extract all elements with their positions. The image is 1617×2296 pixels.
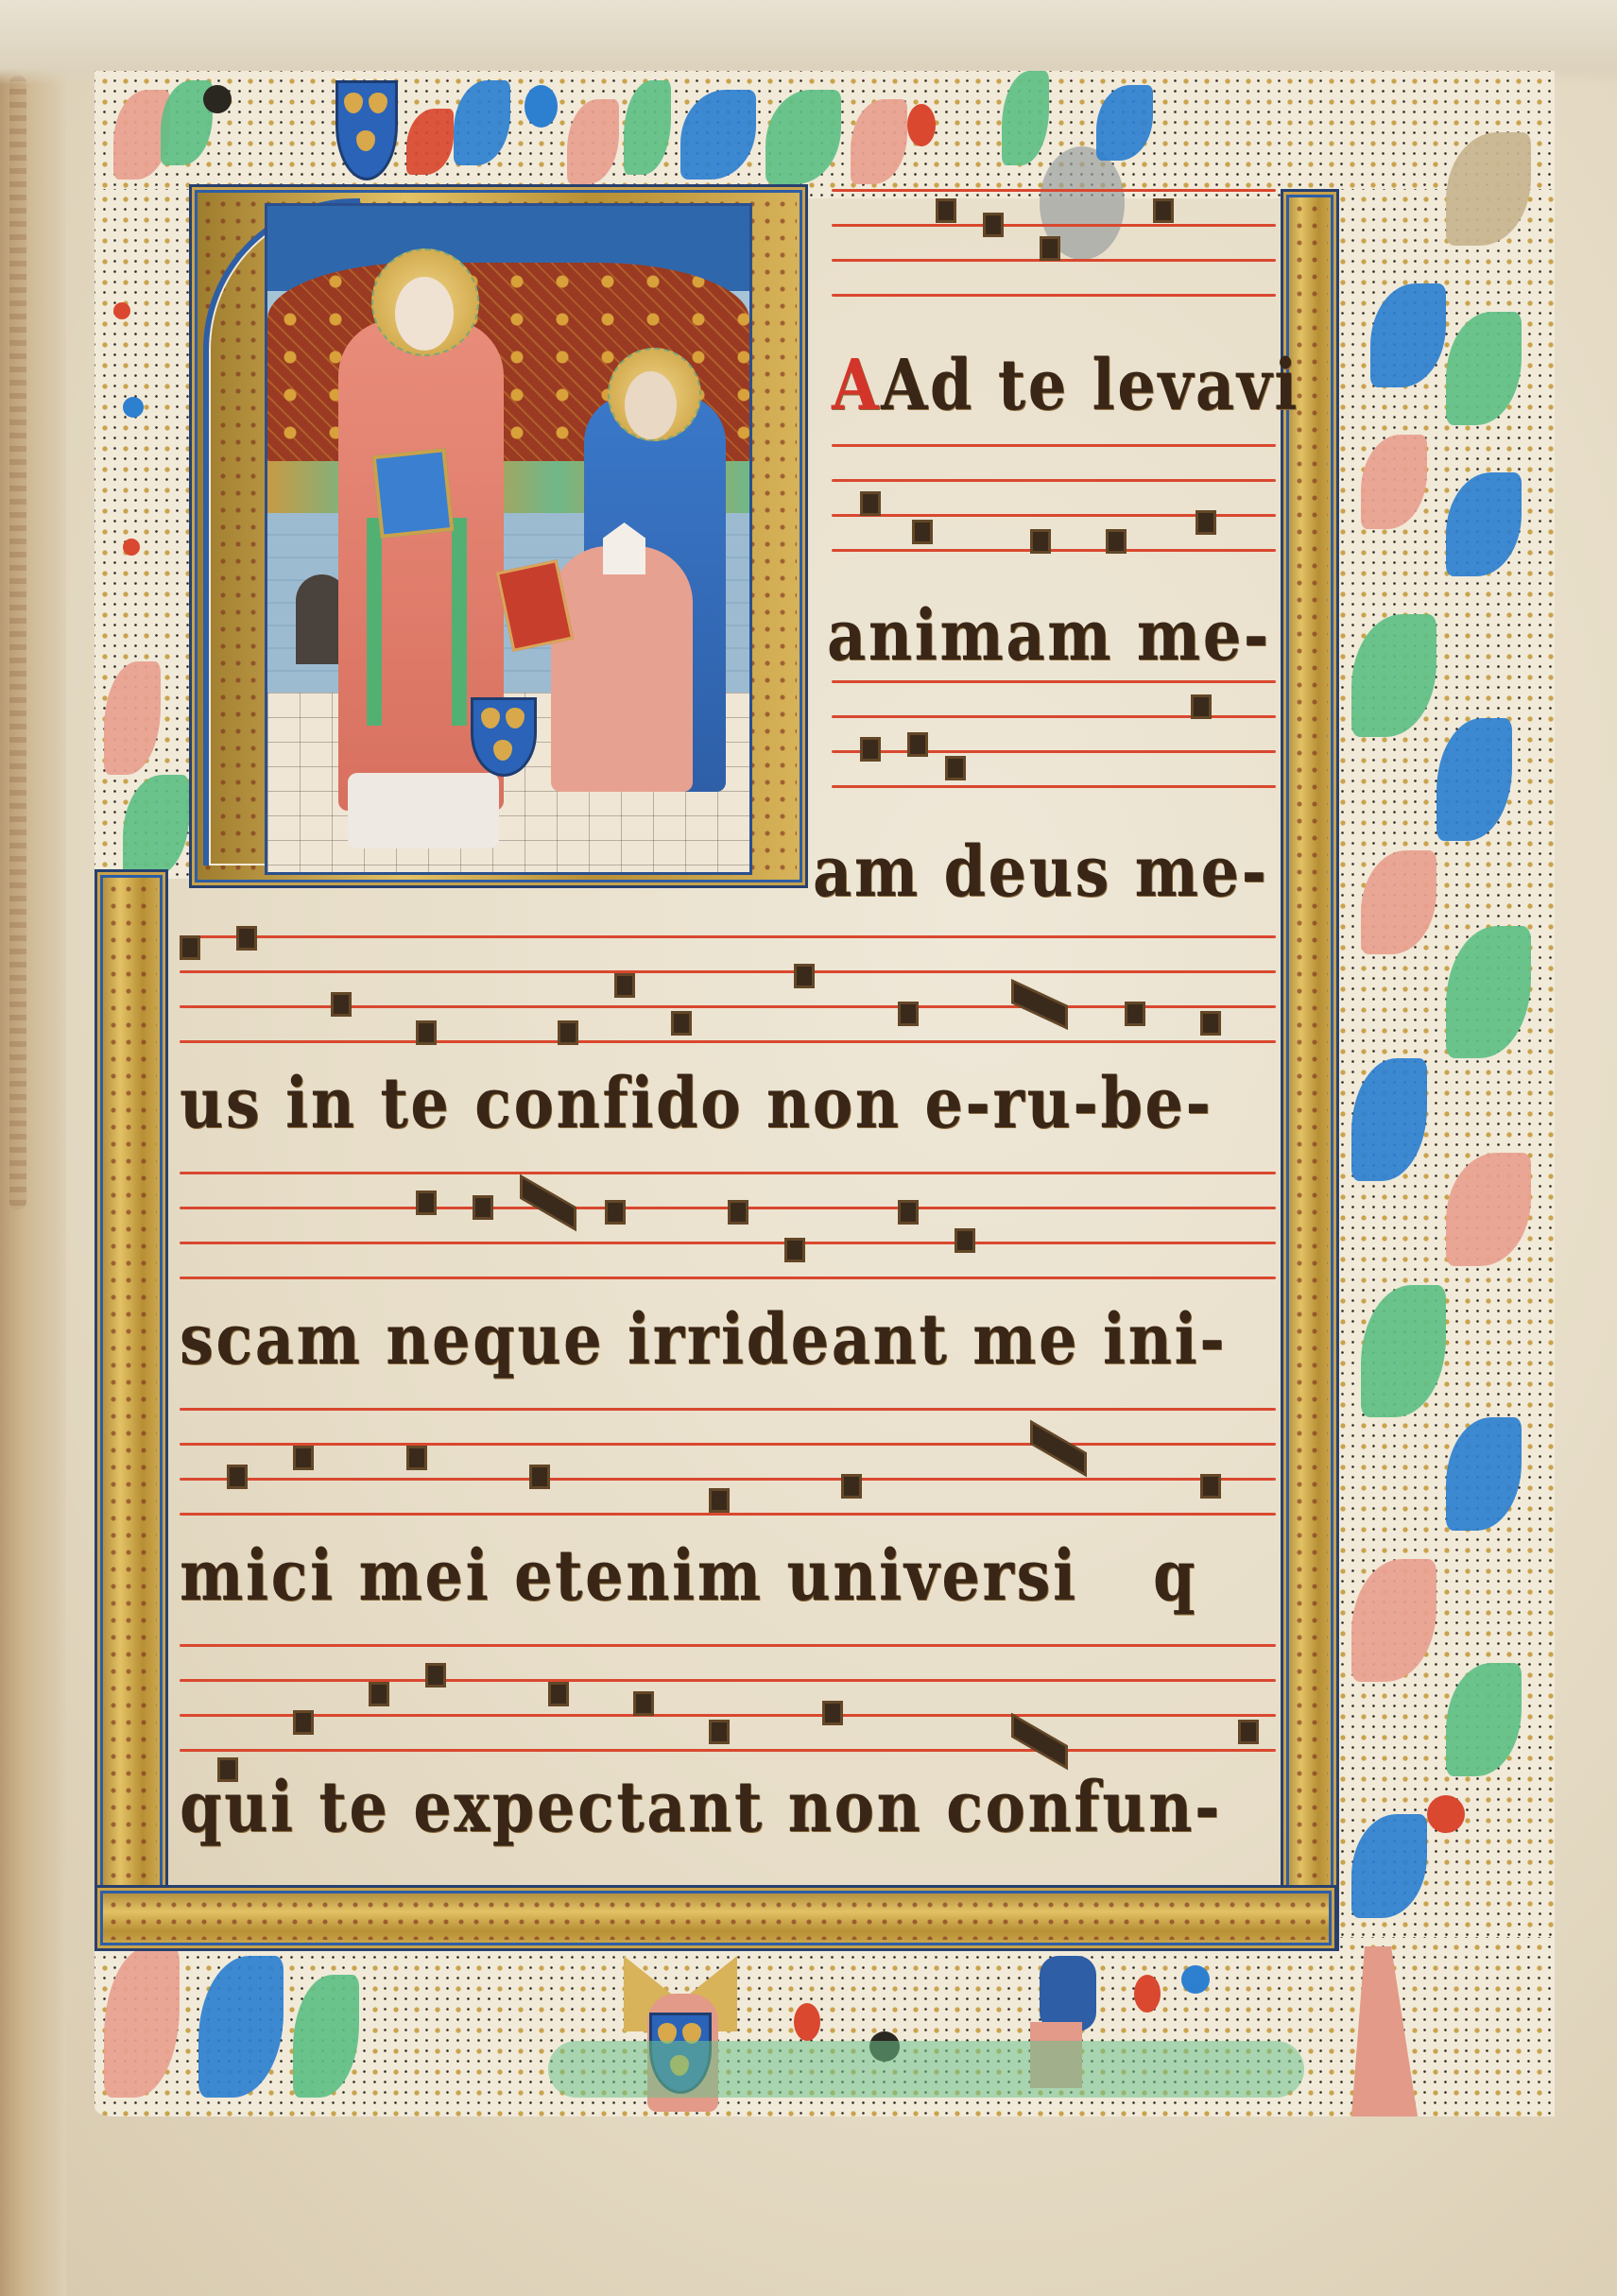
bottom-floral-border bbox=[95, 1937, 1555, 2116]
pink-robed-figure bbox=[1351, 1946, 1418, 2116]
manuscript-page: AAd te levavi animam me- am deus me- us … bbox=[0, 0, 1617, 2296]
chant-text-block: AAd te levavi animam me- am deus me- us … bbox=[170, 189, 1281, 1885]
lyric-line-5: scam neque irrideant me ini- bbox=[180, 1299, 1227, 1380]
lyric-line-3: am deus me- bbox=[813, 831, 1269, 913]
gold-frame-left bbox=[95, 869, 168, 1951]
lyric-line-6-tail: q bbox=[1153, 1535, 1197, 1617]
lyric-line-6: mici mei etenim universi bbox=[180, 1535, 1078, 1617]
staff bbox=[180, 935, 1276, 1041]
staff bbox=[180, 1644, 1276, 1750]
staff bbox=[180, 1408, 1276, 1514]
staff bbox=[180, 1172, 1276, 1277]
staff bbox=[832, 184, 1276, 290]
lyric-line-4: us in te confido non e-ru-be- bbox=[180, 1063, 1213, 1144]
staff bbox=[832, 444, 1276, 550]
lyric-line-1: AAd te levavi bbox=[832, 345, 1299, 426]
gold-frame-right bbox=[1281, 189, 1339, 1951]
lyric-line-2: animam me- bbox=[827, 595, 1271, 677]
lyric-line-7: qui te expectant non confun- bbox=[180, 1767, 1222, 1848]
binding-edge bbox=[0, 0, 66, 2296]
right-floral-border bbox=[1333, 189, 1555, 1937]
heraldic-shield-icon bbox=[335, 80, 398, 180]
top-floral-border bbox=[95, 71, 1555, 198]
staff bbox=[832, 680, 1276, 786]
gold-frame-bottom bbox=[95, 1885, 1337, 1951]
